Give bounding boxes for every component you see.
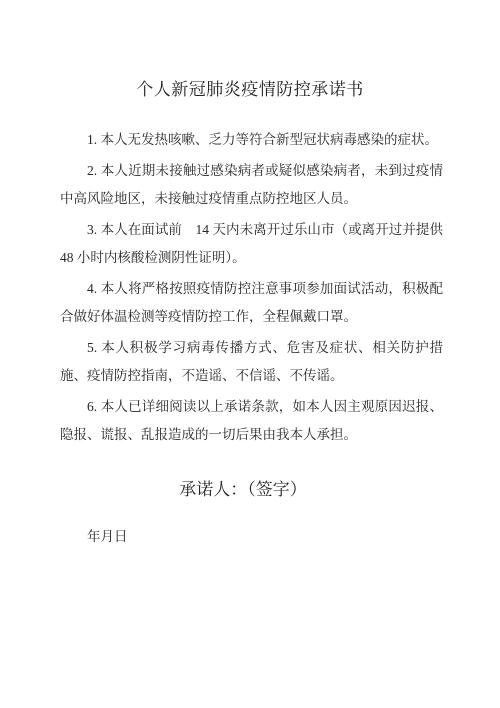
clause-2: 2. 本人近期未接触过感染病者或疑似感染病者，未到过疫情中高风险地区，未接触过疫… [60, 157, 443, 213]
page-title: 个人新冠肺炎疫情防控承诺书 [0, 0, 500, 100]
clause-1: 1. 本人无发热咳嗽、乏力等符合新型冠状病毒感染的症状。 [60, 126, 443, 154]
commitment-letter-page: 个人新冠肺炎疫情防控承诺书 1. 本人无发热咳嗽、乏力等符合新型冠状病毒感染的症… [0, 0, 500, 708]
clause-4: 4. 本人将严格按照疫情防控注意事项参加面试活动，积极配合做好体温检测等疫情防控… [60, 275, 443, 331]
clause-5: 5. 本人积极学习病毒传播方式、危害及症状、相关防护措施、疫情防控指南，不造谣、… [60, 334, 443, 390]
clause-3: 3. 本人在面试前 14 天内未离开过乐山市（或离开过并提供 48 小时内核酸检… [60, 216, 443, 272]
document-body: 1. 本人无发热咳嗽、乏力等符合新型冠状病毒感染的症状。 2. 本人近期未接触过… [0, 100, 500, 545]
signature-line: 承诺人：（签字） [60, 479, 443, 501]
clause-6: 6. 本人已详细阅读以上承诺条款，如本人因主观原因迟报、隐报、谎报、乱报造成的一… [60, 393, 443, 449]
date-line: 年月日 [60, 529, 443, 545]
